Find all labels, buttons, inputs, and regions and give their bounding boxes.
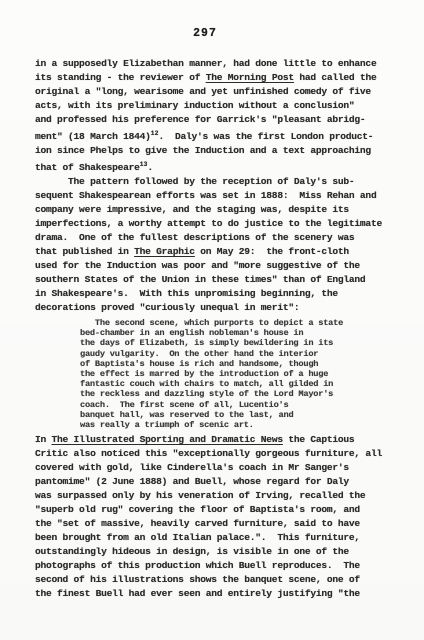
text-segment: photographs of this production which Bue…	[35, 560, 360, 571]
text-line: ment" (18 March 1844)12. Daly's was the …	[35, 127, 403, 144]
text-segment: .	[147, 162, 153, 173]
text-line: in a supposedly Elizabethan manner, had …	[35, 57, 403, 71]
text-line: was really a triumph of scenic art.	[80, 420, 403, 430]
text-segment: the days of Elizabeth, is simply bewilde…	[80, 338, 333, 348]
underlined-publication-title: The Graphic	[134, 246, 195, 257]
text-line: Critic also noticed this "exceptionally …	[35, 447, 403, 461]
text-line: covered with gold, like Cinderella's coa…	[35, 461, 403, 475]
text-segment: been brought from an old Italian palace.…	[35, 532, 360, 543]
text-segment: original a "long, wearisome and yet unfi…	[35, 86, 371, 97]
scanned-page: 297 in a supposedly Elizabethan manner, …	[0, 0, 424, 640]
text-segment: outstandingly hideous in design, is visi…	[35, 546, 349, 557]
text-segment: drama. One of the fullest descriptions o…	[35, 232, 354, 243]
text-line: company were impressive, and the staging…	[35, 203, 403, 217]
page-number: 297	[0, 27, 410, 40]
text-segment: the effect is marred by the introduction…	[80, 369, 328, 379]
text-line: of Baptista's house is rich and handsome…	[80, 359, 403, 369]
text-segment: banquet hall, was reserved to the last, …	[80, 410, 293, 420]
text-line: the days of Elizabeth, is simply bewilde…	[80, 338, 403, 348]
text-line: pantomime" (2 June 1888) and Buell, whos…	[35, 475, 403, 489]
text-segment: had called the	[294, 72, 377, 83]
text-line: the finest Buell had ever seen and entir…	[35, 587, 403, 601]
text-segment: sequent Shakespearean efforts was set in…	[35, 190, 376, 201]
text-segment: Critic also noticed this "exceptionally …	[35, 448, 382, 459]
text-segment: covered with gold, like Cinderella's coa…	[35, 462, 349, 473]
text-segment: that of Shakespeare	[35, 162, 140, 173]
text-segment: imperfections, a worthy attempt to do ju…	[35, 218, 382, 229]
text-line: the "set of massive, heavily carved furn…	[35, 517, 403, 531]
text-line: second of his illustrations shows the ba…	[35, 573, 403, 587]
text-segment: southern States of the Union in these ti…	[35, 274, 365, 285]
text-line: The second scene, which purports to depi…	[80, 318, 403, 328]
text-segment: pantomime" (2 June 1888) and Buell, whos…	[35, 476, 349, 487]
text-line: been brought from an old Italian palace.…	[35, 531, 403, 545]
text-line: fantastic couch with chairs to match, al…	[80, 379, 403, 389]
text-segment: the finest Buell had ever seen and entir…	[35, 588, 360, 599]
text-segment: its standing - the reviewer of	[35, 72, 206, 83]
text-segment: the Captious	[283, 434, 355, 445]
text-line: acts, with its preliminary induction wit…	[35, 99, 403, 113]
paragraph-1: in a supposedly Elizabethan manner, had …	[35, 57, 403, 175]
block-quote: The second scene, which purports to depi…	[80, 318, 403, 430]
text-line: The pattern followed by the reception of…	[35, 175, 403, 189]
text-segment: was really a triumph of scenic art.	[80, 420, 254, 430]
text-segment: gaudy vulgarity. On the other hand the i…	[80, 349, 318, 359]
text-line: imperfections, a worthy attempt to do ju…	[35, 217, 403, 231]
text-line: decorations proved "curiously unequal in…	[35, 301, 403, 315]
text-segment: in Shakespeare's. With this unpromising …	[35, 288, 338, 299]
underlined-publication-title: The Morning Post	[206, 72, 294, 83]
text-line: the reckless and dazzling style of the L…	[80, 389, 403, 399]
text-segment: company were impressive, and the staging…	[35, 204, 349, 215]
text-line: coach. The first scene of all, Lucentio'…	[80, 400, 403, 410]
text-line: banquet hall, was reserved to the last, …	[80, 410, 403, 420]
text-line: the effect is marred by the introduction…	[80, 369, 403, 379]
paragraph-2: The pattern followed by the reception of…	[35, 175, 403, 315]
text-line: In The Illustrated Sporting and Dramatic…	[35, 433, 403, 447]
text-segment: in a supposedly Elizabethan manner, had …	[35, 58, 376, 69]
text-segment: decorations proved "curiously unequal in…	[35, 302, 299, 313]
text-line: photographs of this production which Bue…	[35, 559, 403, 573]
text-line: southern States of the Union in these ti…	[35, 273, 403, 287]
text-line: that of Shakespeare13.	[35, 158, 403, 175]
text-segment: that published in	[35, 246, 134, 257]
text-line: bed-chamber in an english nobleman's hou…	[80, 328, 403, 338]
text-segment: ion since Phelps to give the Induction a…	[35, 145, 371, 156]
text-line: and professed his preference for Garrick…	[35, 113, 403, 127]
text-segment: The second scene, which purports to depi…	[80, 318, 343, 328]
text-segment: coach. The first scene of all, Lucentio'…	[80, 400, 288, 410]
text-segment: used for the Induction was poor and "mor…	[35, 260, 360, 271]
text-segment: and professed his preference for Garrick…	[35, 114, 365, 125]
text-line: that published in The Graphic on May 29:…	[35, 245, 403, 259]
text-line: gaudy vulgarity. On the other hand the i…	[80, 349, 403, 359]
text-line: was surpassed only by his veneration of …	[35, 489, 403, 503]
page-text: in a supposedly Elizabethan manner, had …	[35, 57, 403, 601]
text-segment: the "set of massive, heavily carved furn…	[35, 518, 360, 529]
paragraph-3: In The Illustrated Sporting and Dramatic…	[35, 433, 403, 601]
text-segment: . Daly's was the first London product-	[158, 131, 373, 142]
text-line: sequent Shakespearean efforts was set in…	[35, 189, 403, 203]
text-line: "superb old rug" covering the floor of B…	[35, 503, 403, 517]
text-segment: was surpassed only by his veneration of …	[35, 490, 365, 501]
text-segment: second of his illustrations shows the ba…	[35, 574, 360, 585]
text-line: original a "long, wearisome and yet unfi…	[35, 85, 403, 99]
underlined-publication-title: The Illustrated Sporting and Dramatic Ne…	[52, 434, 283, 445]
text-line: used for the Induction was poor and "mor…	[35, 259, 403, 273]
text-line: outstandingly hideous in design, is visi…	[35, 545, 403, 559]
text-line: in Shakespeare's. With this unpromising …	[35, 287, 403, 301]
text-line: drama. One of the fullest descriptions o…	[35, 231, 403, 245]
text-segment: acts, with its preliminary induction wit…	[35, 100, 354, 111]
text-line: ion since Phelps to give the Induction a…	[35, 144, 403, 158]
text-segment: The pattern followed by the reception of…	[35, 176, 354, 187]
text-segment: "superb old rug" covering the floor of B…	[35, 504, 360, 515]
text-segment: of Baptista's house is rich and handsome…	[80, 359, 318, 369]
text-segment: fantastic couch with chairs to match, al…	[80, 379, 333, 389]
text-segment: ment" (18 March 1844)	[35, 131, 151, 142]
text-segment: bed-chamber in an english nobleman's hou…	[80, 328, 303, 338]
text-segment: on May 29: the front-cloth	[195, 246, 349, 257]
text-segment: In	[35, 434, 52, 445]
text-line: its standing - the reviewer of The Morni…	[35, 71, 403, 85]
text-segment: the reckless and dazzling style of the L…	[80, 389, 333, 399]
